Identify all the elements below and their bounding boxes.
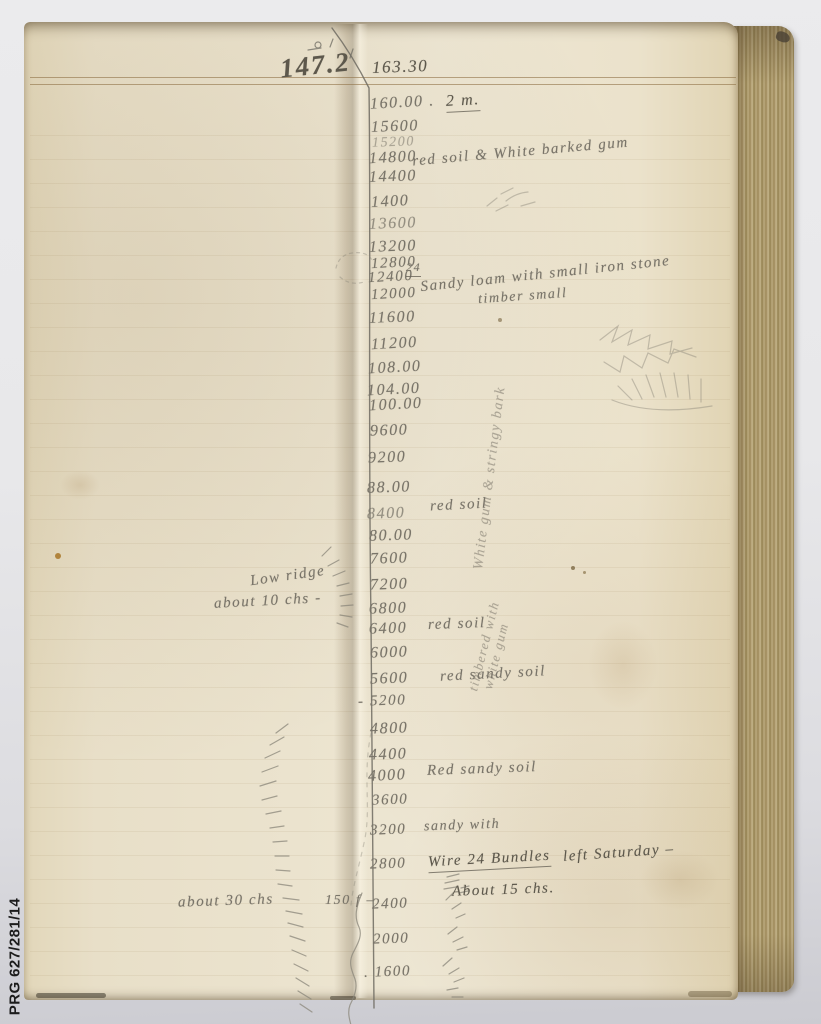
bottom-edge-smudge	[330, 996, 356, 1000]
paper-stain	[571, 566, 575, 570]
paper-stain	[640, 850, 720, 910]
paper-stain	[588, 620, 658, 710]
archive-reference-label: PRG 627/281/14	[7, 890, 24, 1024]
ruled-lines	[30, 112, 730, 984]
bottom-edge-smudge	[688, 991, 732, 997]
paper-stain	[583, 571, 586, 574]
notebook-photograph: 163.30160.00 .15600152001480014400140013…	[0, 0, 821, 1024]
paper-stain	[498, 318, 502, 322]
bottom-edge-smudge	[36, 993, 106, 998]
page-gutter-fold	[334, 24, 368, 998]
paper-stain	[60, 470, 100, 500]
paper-stain	[55, 553, 61, 559]
header-double-rule	[30, 77, 736, 85]
